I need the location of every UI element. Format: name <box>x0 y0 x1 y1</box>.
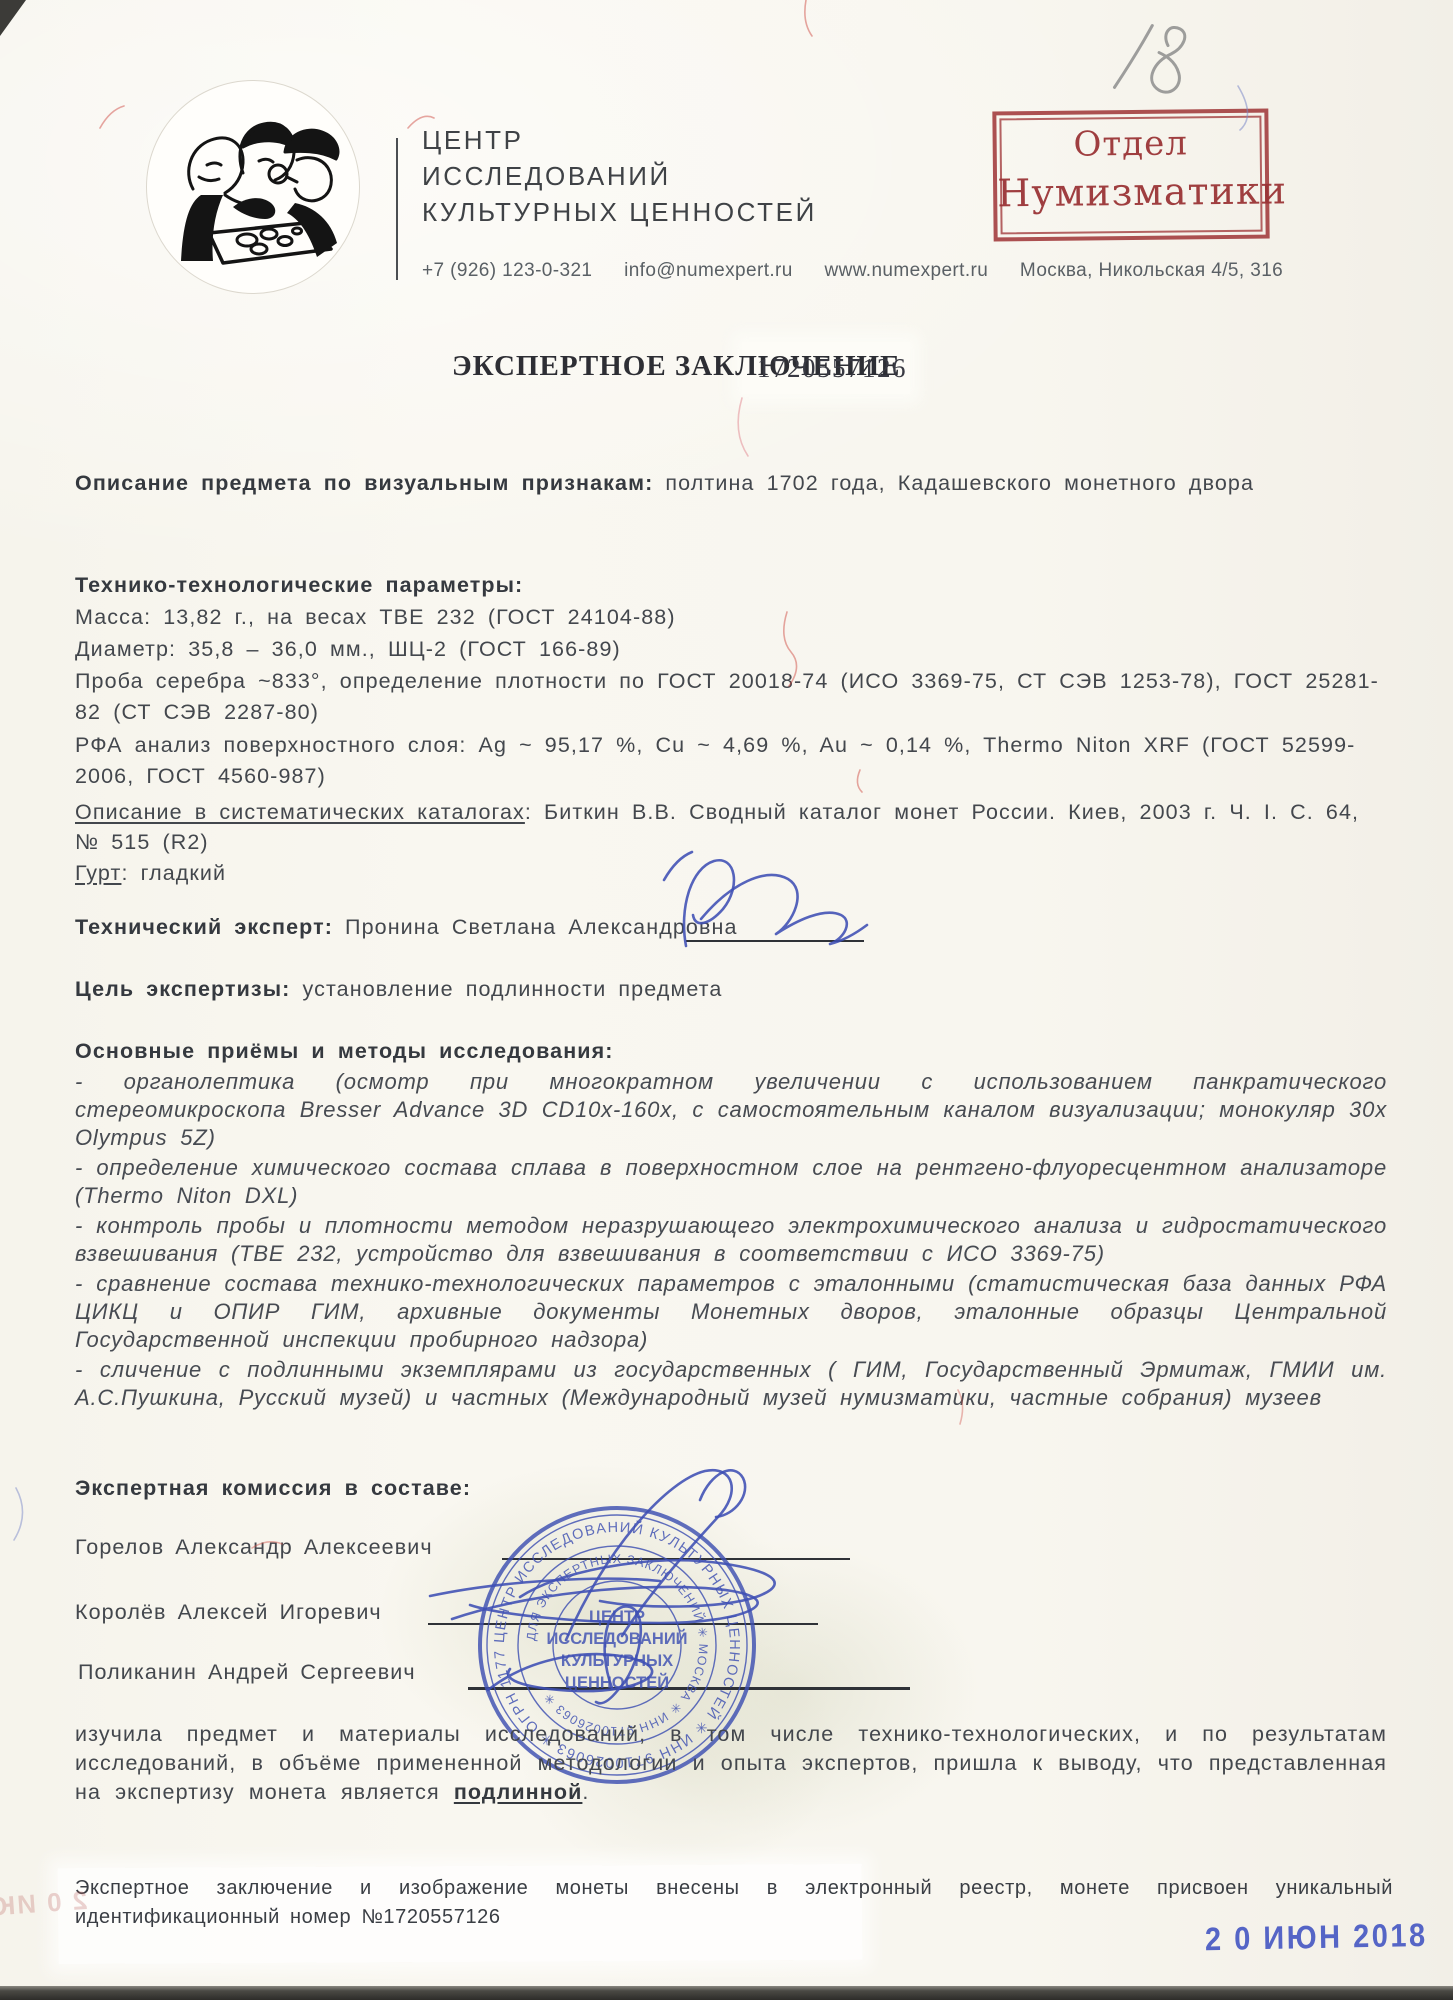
scanned-document-page: ЦЕНТР ИССЛЕДОВАНИЙ КУЛЬТУРНЫХ ЦЕННОСТЕЙ … <box>0 0 1453 2000</box>
scan-bottom-edge <box>0 1986 1453 2000</box>
scan-artifacts <box>0 0 1453 2000</box>
